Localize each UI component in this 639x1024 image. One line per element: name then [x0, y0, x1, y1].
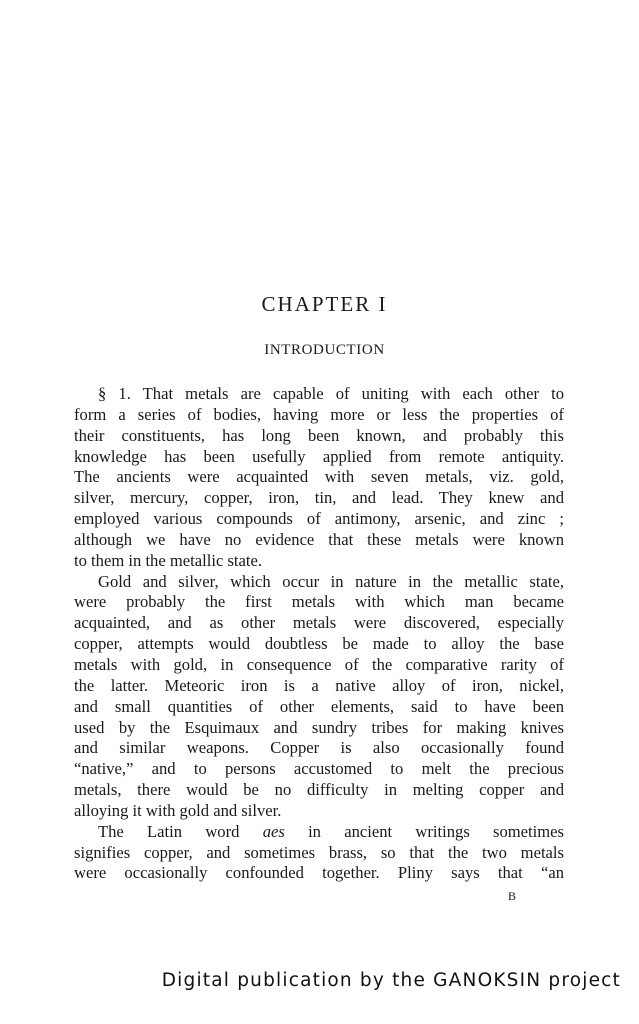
text-line: form a series of bodies, having more or … — [74, 405, 564, 426]
book-page: CHAPTER I INTRODUCTION § 1. That metals … — [0, 0, 639, 1024]
text-line: and small quantities of other elements, … — [74, 697, 564, 718]
text-line: “native,” and to persons accustomed to m… — [74, 759, 564, 780]
text-line: the latter. Meteoric iron is a native al… — [74, 676, 564, 697]
text-line: employed various compounds of antimony, … — [74, 509, 564, 530]
text-line: Gold and silver, which occur in nature i… — [74, 572, 564, 593]
paragraph-3: The Latin word aes in ancient writings s… — [74, 822, 564, 885]
text-line: knowledge has been usefully applied from… — [74, 447, 564, 468]
text-line: The Latin word aes in ancient writings s… — [74, 822, 564, 843]
text-segment: The Latin word — [98, 822, 263, 841]
paragraph-1: § 1. That metals are capable of uniting … — [74, 384, 564, 572]
text-line: used by the Esquimaux and sundry tribes … — [74, 718, 564, 739]
text-line: copper, attempts would doubtless be made… — [74, 634, 564, 655]
signature-mark: B — [508, 889, 517, 904]
text-line: and similar weapons. Copper is also occa… — [74, 738, 564, 759]
text-line: alloying it with gold and silver. — [74, 801, 564, 822]
text-line: were occasionally confounded together. P… — [74, 863, 564, 884]
text-line: acquainted, and as other metals were dis… — [74, 613, 564, 634]
text-segment: in ancient writings sometimes — [285, 822, 564, 841]
body-text: § 1. That metals are capable of uniting … — [74, 384, 564, 884]
text-line: were probably the first metals with whic… — [74, 592, 564, 613]
text-line: metals, there would be no difficulty in … — [74, 780, 564, 801]
latin-term: aes — [263, 822, 285, 841]
text-line: signifies copper, and sometimes brass, s… — [74, 843, 564, 864]
text-line: silver, mercury, copper, iron, tin, and … — [74, 488, 564, 509]
text-line: although we have no evidence that these … — [74, 530, 564, 551]
text-line: to them in the metallic state. — [74, 551, 564, 572]
paragraph-2: Gold and silver, which occur in nature i… — [74, 572, 564, 822]
text-line: metals with gold, in consequence of the … — [74, 655, 564, 676]
text-line: The ancients were acquainted with seven … — [74, 467, 564, 488]
text-line: their constituents, has long been known,… — [74, 426, 564, 447]
section-heading: INTRODUCTION — [0, 342, 639, 359]
publication-credit: Digital publication by the GANOKSIN proj… — [0, 970, 639, 991]
text-line: § 1. That metals are capable of uniting … — [74, 384, 564, 405]
chapter-heading: CHAPTER I — [0, 292, 639, 317]
